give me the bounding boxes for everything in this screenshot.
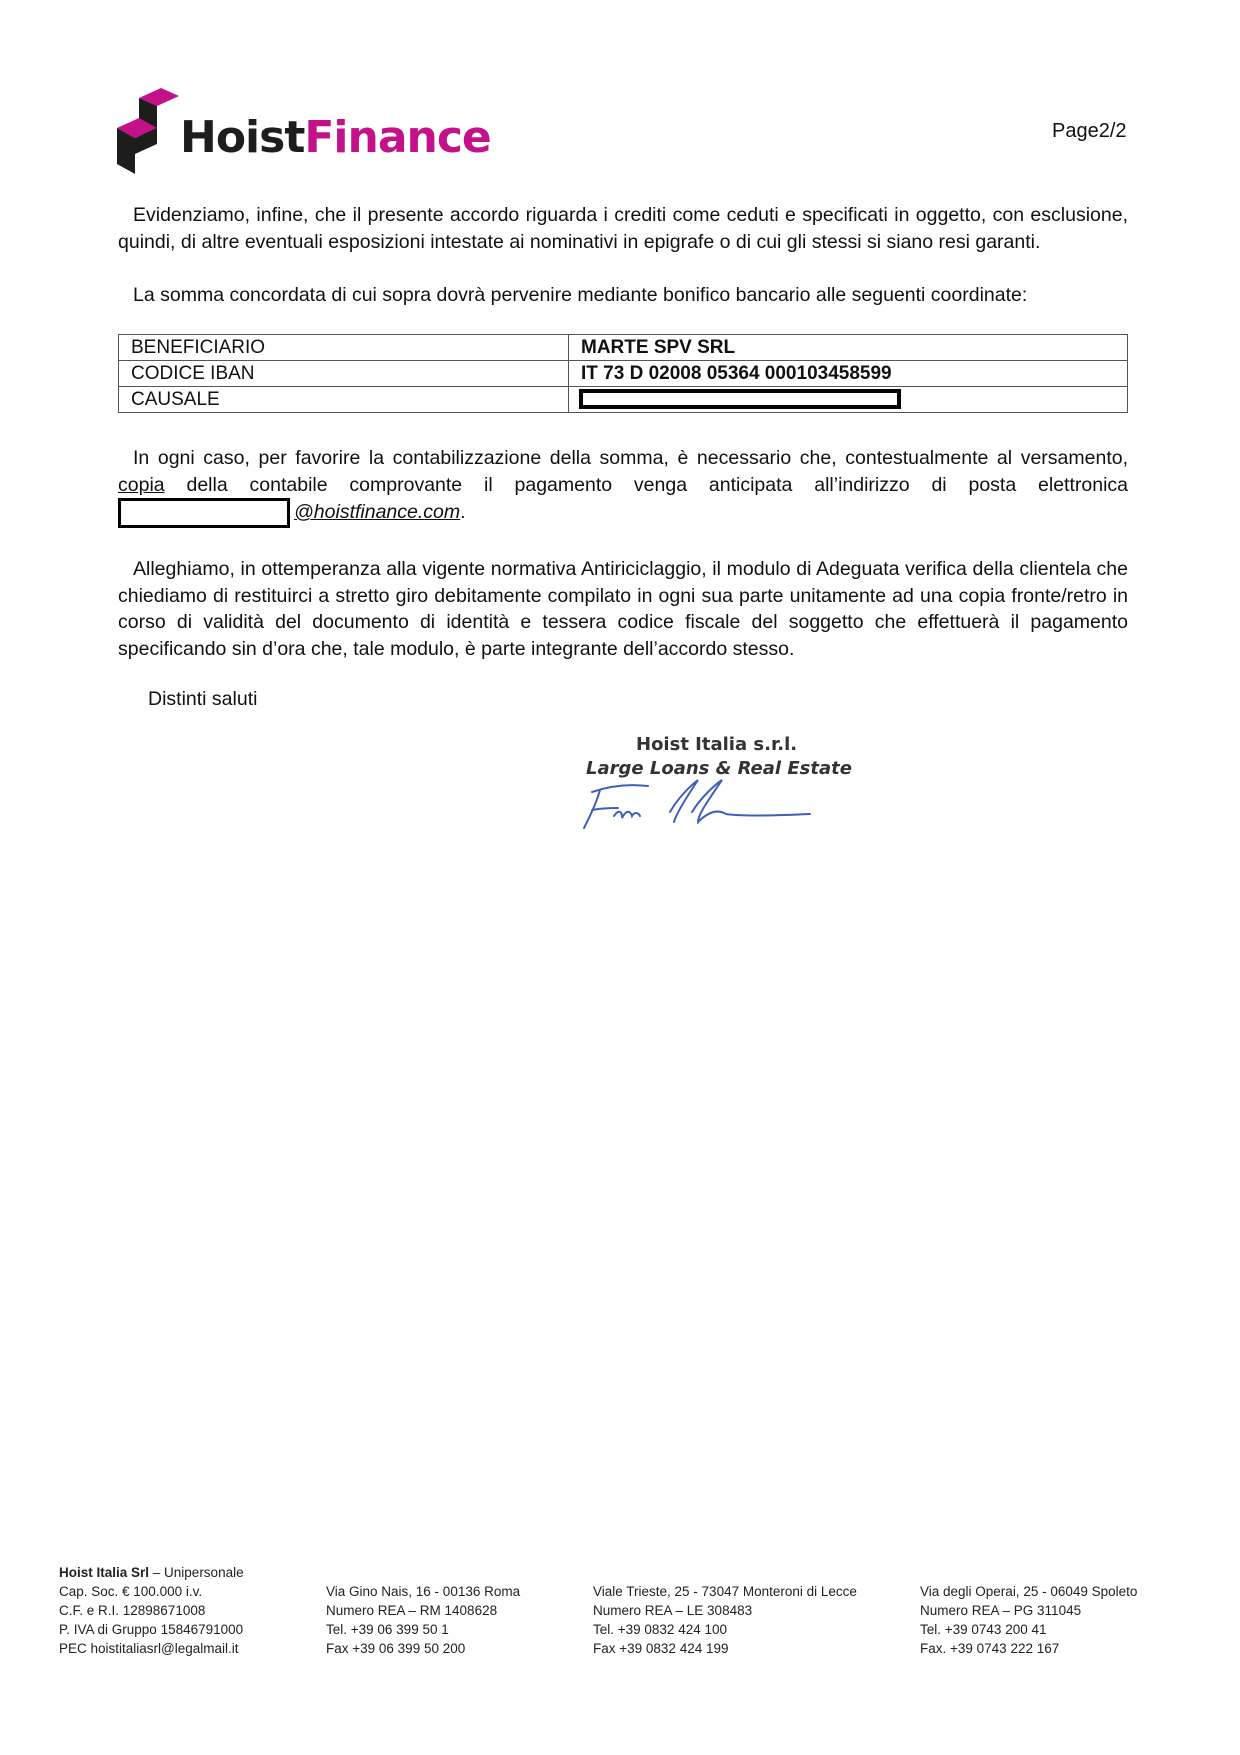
footer-line: Numero REA – RM 1408628	[326, 1601, 520, 1620]
paragraph-antiriciclaggio: Alleghiamo, in ottemperanza alla vigente…	[118, 556, 1128, 662]
logo-word-finance: Finance	[304, 112, 490, 163]
paragraph3-end: .	[460, 501, 465, 523]
paragraph-antiriciclaggio-text: Alleghiamo, in ottemperanza alla vigente…	[118, 558, 1128, 660]
footer-line: Fax +39 06 399 50 200	[326, 1639, 520, 1658]
redacted-email-box	[118, 498, 290, 528]
footer-line: Tel. +39 0832 424 100	[593, 1620, 857, 1639]
footer-line: C.F. e R.I. 12898671008	[59, 1601, 244, 1620]
footer-line: Fax. +39 0743 222 167	[920, 1639, 1137, 1658]
paragraph-exclusion-text: Evidenziamo, infine, che il presente acc…	[118, 204, 1128, 253]
closing-greeting: Distinti saluti	[148, 688, 257, 711]
handwritten-signature-icon	[570, 778, 870, 838]
table-cell-label: CAUSALE	[119, 387, 569, 413]
signature-department: Large Loans & Real Estate	[586, 758, 852, 779]
table-cell-label: BENEFICIARIO	[119, 335, 569, 361]
table-row: BENEFICIARIOMARTE SPV SRL	[119, 335, 1128, 361]
footer-line: Tel. +39 06 399 50 1	[326, 1620, 520, 1639]
table-cell-value: IT 73 D 02008 05364 000103458599	[569, 361, 1128, 387]
paragraph3-text-after: della contabile comprovante il pagamento…	[165, 474, 1128, 496]
footer-office-roma: Via Gino Nais, 16 - 00136 Roma Numero RE…	[326, 1582, 520, 1658]
paragraph-payment-intro: La somma concordata di cui sopra dovrà p…	[118, 282, 1128, 309]
paragraph3-underlined-word: copia	[118, 474, 165, 496]
signature-stamp: Hoist Italia s.r.l. Large Loans & Real E…	[570, 728, 890, 848]
paragraph3-text-before: In ogni caso, per favorire la contabiliz…	[133, 447, 1128, 469]
footer-line: Via Gino Nais, 16 - 00136 Roma	[326, 1582, 520, 1601]
payment-coordinates-table: BENEFICIARIOMARTE SPV SRLCODICE IBANIT 7…	[118, 334, 1128, 413]
table-row: CODICE IBANIT 73 D 02008 05364 000103458…	[119, 361, 1128, 387]
footer-line: Fax +39 0832 424 199	[593, 1639, 857, 1658]
redacted-causale-box	[579, 389, 901, 409]
email-domain-link[interactable]: @hoistfinance.com	[294, 501, 460, 523]
logo-wordmark: HoistFinance	[180, 112, 491, 163]
footer-line: Tel. +39 0743 200 41	[920, 1620, 1137, 1639]
footer-office-lecce: Viale Trieste, 25 - 73047 Monteroni di L…	[593, 1582, 857, 1658]
footer-line: Numero REA – PG 311045	[920, 1601, 1137, 1620]
signature-company: Hoist Italia s.r.l.	[636, 734, 797, 755]
logo-word-hoist: Hoist	[180, 112, 304, 163]
hoist-cube-stairs-icon	[117, 88, 179, 174]
footer-line: Cap. Soc. € 100.000 i.v.	[59, 1582, 244, 1601]
footer-company-suffix: – Unipersonale	[149, 1565, 244, 1580]
footer-company-info: Hoist Italia Srl – Unipersonale Cap. Soc…	[59, 1563, 244, 1658]
paragraph-payment-intro-text: La somma concordata di cui sopra dovrà p…	[133, 284, 1027, 306]
footer-line: Viale Trieste, 25 - 73047 Monteroni di L…	[593, 1582, 857, 1601]
footer-line: Via degli Operai, 25 - 06049 Spoleto	[920, 1582, 1137, 1601]
table-cell-label: CODICE IBAN	[119, 361, 569, 387]
footer-line: Numero REA – LE 308483	[593, 1601, 857, 1620]
table-cell-redacted	[569, 387, 1128, 413]
footer-line: P. IVA di Gruppo 15846791000	[59, 1620, 244, 1639]
table-cell-value: MARTE SPV SRL	[569, 335, 1128, 361]
footer-office-spoleto: Via degli Operai, 25 - 06049 Spoleto Num…	[920, 1582, 1137, 1658]
footer-pec-email: PEC hoistitaliasrl@legalmail.it	[59, 1639, 244, 1658]
footer-company-name: Hoist Italia Srl	[59, 1565, 149, 1580]
paragraph-email-instructions: In ogni caso, per favorire la contabiliz…	[118, 445, 1128, 528]
hoist-finance-logo: HoistFinance	[117, 88, 457, 174]
page-number: Page2/2	[1052, 120, 1127, 143]
paragraph-exclusion: Evidenziamo, infine, che il presente acc…	[118, 202, 1128, 255]
table-row: CAUSALE	[119, 387, 1128, 413]
